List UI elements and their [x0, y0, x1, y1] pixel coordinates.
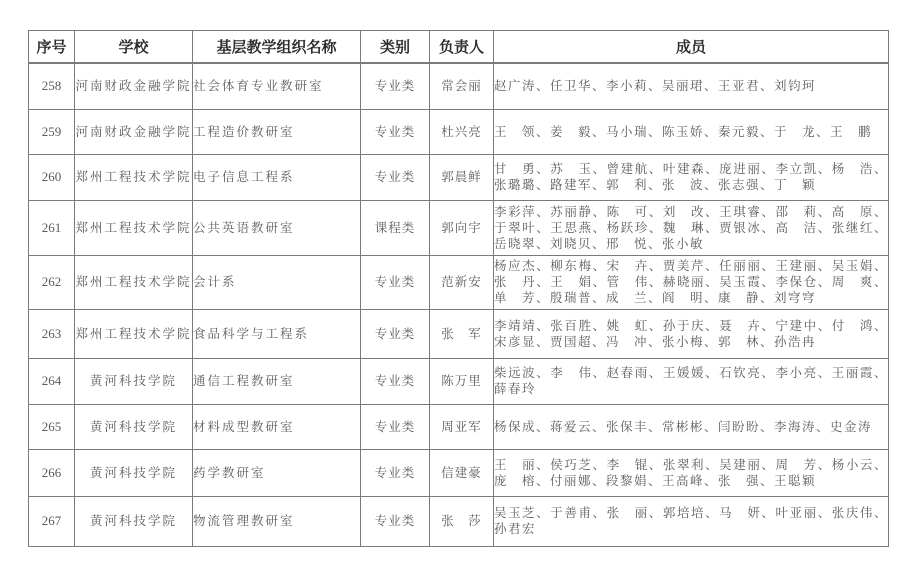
table-row: 267 黄河科技学院 物流管理教研室 专业类 张 莎 吴玉芝、于善甫、张 丽、郭… [29, 496, 889, 546]
table-row: 263 郑州工程技术学院 食品科学与工程系 专业类 张 军 李靖靖、张百胜、姚 … [29, 309, 889, 358]
cell-org: 会计系 [193, 255, 361, 309]
cell-leader: 陈万里 [430, 358, 494, 404]
cell-leader: 郭晨鲜 [430, 154, 494, 200]
header-category: 类别 [361, 31, 430, 64]
table-row: 265 黄河科技学院 材料成型教研室 专业类 周亚军 杨保成、蒋爱云、张保丰、常… [29, 404, 889, 449]
table-row: 262 郑州工程技术学院 会计系 专业类 范新安 杨应杰、柳东梅、宋 卉、贾美芹… [29, 255, 889, 309]
cell-no: 262 [29, 255, 75, 309]
cell-org: 公共英语教研室 [193, 200, 361, 255]
cell-no: 263 [29, 309, 75, 358]
cell-category: 专业类 [361, 358, 430, 404]
cell-no: 259 [29, 109, 75, 154]
cell-leader: 周亚军 [430, 404, 494, 449]
cell-category: 专业类 [361, 309, 430, 358]
cell-leader: 张 莎 [430, 496, 494, 546]
cell-category: 专业类 [361, 449, 430, 496]
header-leader: 负责人 [430, 31, 494, 64]
cell-school: 郑州工程技术学院 [75, 309, 193, 358]
cell-org: 电子信息工程系 [193, 154, 361, 200]
cell-school: 河南财政金融学院 [75, 109, 193, 154]
cell-school: 郑州工程技术学院 [75, 200, 193, 255]
cell-org: 食品科学与工程系 [193, 309, 361, 358]
table-header-row: 序号 学校 基层教学组织名称 类别 负责人 成员 [29, 31, 889, 64]
cell-members: 李靖靖、张百胜、姚 虹、孙于庆、聂 卉、宁建中、付 鸿、宋彦显、贾国超、冯 冲、… [494, 309, 889, 358]
cell-school: 黄河科技学院 [75, 496, 193, 546]
cell-category: 专业类 [361, 109, 430, 154]
cell-org: 工程造价教研室 [193, 109, 361, 154]
cell-no: 260 [29, 154, 75, 200]
cell-org: 材料成型教研室 [193, 404, 361, 449]
cell-category: 专业类 [361, 255, 430, 309]
cell-leader: 信建豪 [430, 449, 494, 496]
cell-members: 赵广涛、任卫华、李小莉、吴丽珺、王亚君、刘钧珂 [494, 63, 889, 109]
cell-no: 258 [29, 63, 75, 109]
cell-school: 郑州工程技术学院 [75, 154, 193, 200]
cell-no: 267 [29, 496, 75, 546]
table-row: 258 河南财政金融学院 社会体育专业教研室 专业类 常会丽 赵广涛、任卫华、李… [29, 63, 889, 109]
teaching-organizations-table: 序号 学校 基层教学组织名称 类别 负责人 成员 258 河南财政金融学院 社会… [28, 30, 889, 547]
cell-category: 专业类 [361, 404, 430, 449]
cell-category: 专业类 [361, 63, 430, 109]
cell-no: 266 [29, 449, 75, 496]
cell-school: 郑州工程技术学院 [75, 255, 193, 309]
cell-members: 李彩萍、苏丽静、陈 可、刘 改、王琪睿、邵 莉、高 原、于翠叶、王思燕、杨跃珍、… [494, 200, 889, 255]
table-row: 266 黄河科技学院 药学教研室 专业类 信建豪 王 丽、侯巧芝、李 锟、张翠利… [29, 449, 889, 496]
table-row: 260 郑州工程技术学院 电子信息工程系 专业类 郭晨鲜 甘 勇、苏 玉、曾建航… [29, 154, 889, 200]
cell-no: 265 [29, 404, 75, 449]
cell-leader: 常会丽 [430, 63, 494, 109]
cell-no: 261 [29, 200, 75, 255]
cell-org: 社会体育专业教研室 [193, 63, 361, 109]
cell-school: 黄河科技学院 [75, 449, 193, 496]
cell-leader: 杜兴亮 [430, 109, 494, 154]
cell-school: 黄河科技学院 [75, 404, 193, 449]
cell-members: 柴远波、李 伟、赵春雨、王媛媛、石钦亮、李小亮、王丽霞、薛春玲 [494, 358, 889, 404]
cell-members: 甘 勇、苏 玉、曾建航、叶建森、庞进丽、李立凯、杨 浩、张璐璐、路建军、郭 利、… [494, 154, 889, 200]
cell-org: 药学教研室 [193, 449, 361, 496]
cell-members: 王 领、姜 毅、马小瑞、陈玉娇、秦元毅、于 龙、王 鹏 [494, 109, 889, 154]
header-school: 学校 [75, 31, 193, 64]
cell-category: 专业类 [361, 154, 430, 200]
cell-members: 吴玉芝、于善甫、张 丽、郭培培、马 妍、叶亚丽、张庆伟、孙君宏 [494, 496, 889, 546]
cell-org: 通信工程教研室 [193, 358, 361, 404]
table-row: 259 河南财政金融学院 工程造价教研室 专业类 杜兴亮 王 领、姜 毅、马小瑞… [29, 109, 889, 154]
cell-members: 杨保成、蒋爱云、张保丰、常彬彬、闫盼盼、李海涛、史金涛 [494, 404, 889, 449]
cell-leader: 范新安 [430, 255, 494, 309]
cell-school: 黄河科技学院 [75, 358, 193, 404]
header-no: 序号 [29, 31, 75, 64]
cell-org: 物流管理教研室 [193, 496, 361, 546]
cell-leader: 郭向宇 [430, 200, 494, 255]
cell-category: 课程类 [361, 200, 430, 255]
cell-leader: 张 军 [430, 309, 494, 358]
table-row: 264 黄河科技学院 通信工程教研室 专业类 陈万里 柴远波、李 伟、赵春雨、王… [29, 358, 889, 404]
cell-school: 河南财政金融学院 [75, 63, 193, 109]
header-org: 基层教学组织名称 [193, 31, 361, 64]
cell-members: 王 丽、侯巧芝、李 锟、张翠利、吴建丽、周 芳、杨小云、庞 榕、付丽娜、段黎娟、… [494, 449, 889, 496]
table-row: 261 郑州工程技术学院 公共英语教研室 课程类 郭向宇 李彩萍、苏丽静、陈 可… [29, 200, 889, 255]
cell-no: 264 [29, 358, 75, 404]
cell-members: 杨应杰、柳东梅、宋 卉、贾美芹、任丽丽、王建丽、吴玉娟、张 丹、王 娟、管 伟、… [494, 255, 889, 309]
cell-category: 专业类 [361, 496, 430, 546]
header-members: 成员 [494, 31, 889, 64]
